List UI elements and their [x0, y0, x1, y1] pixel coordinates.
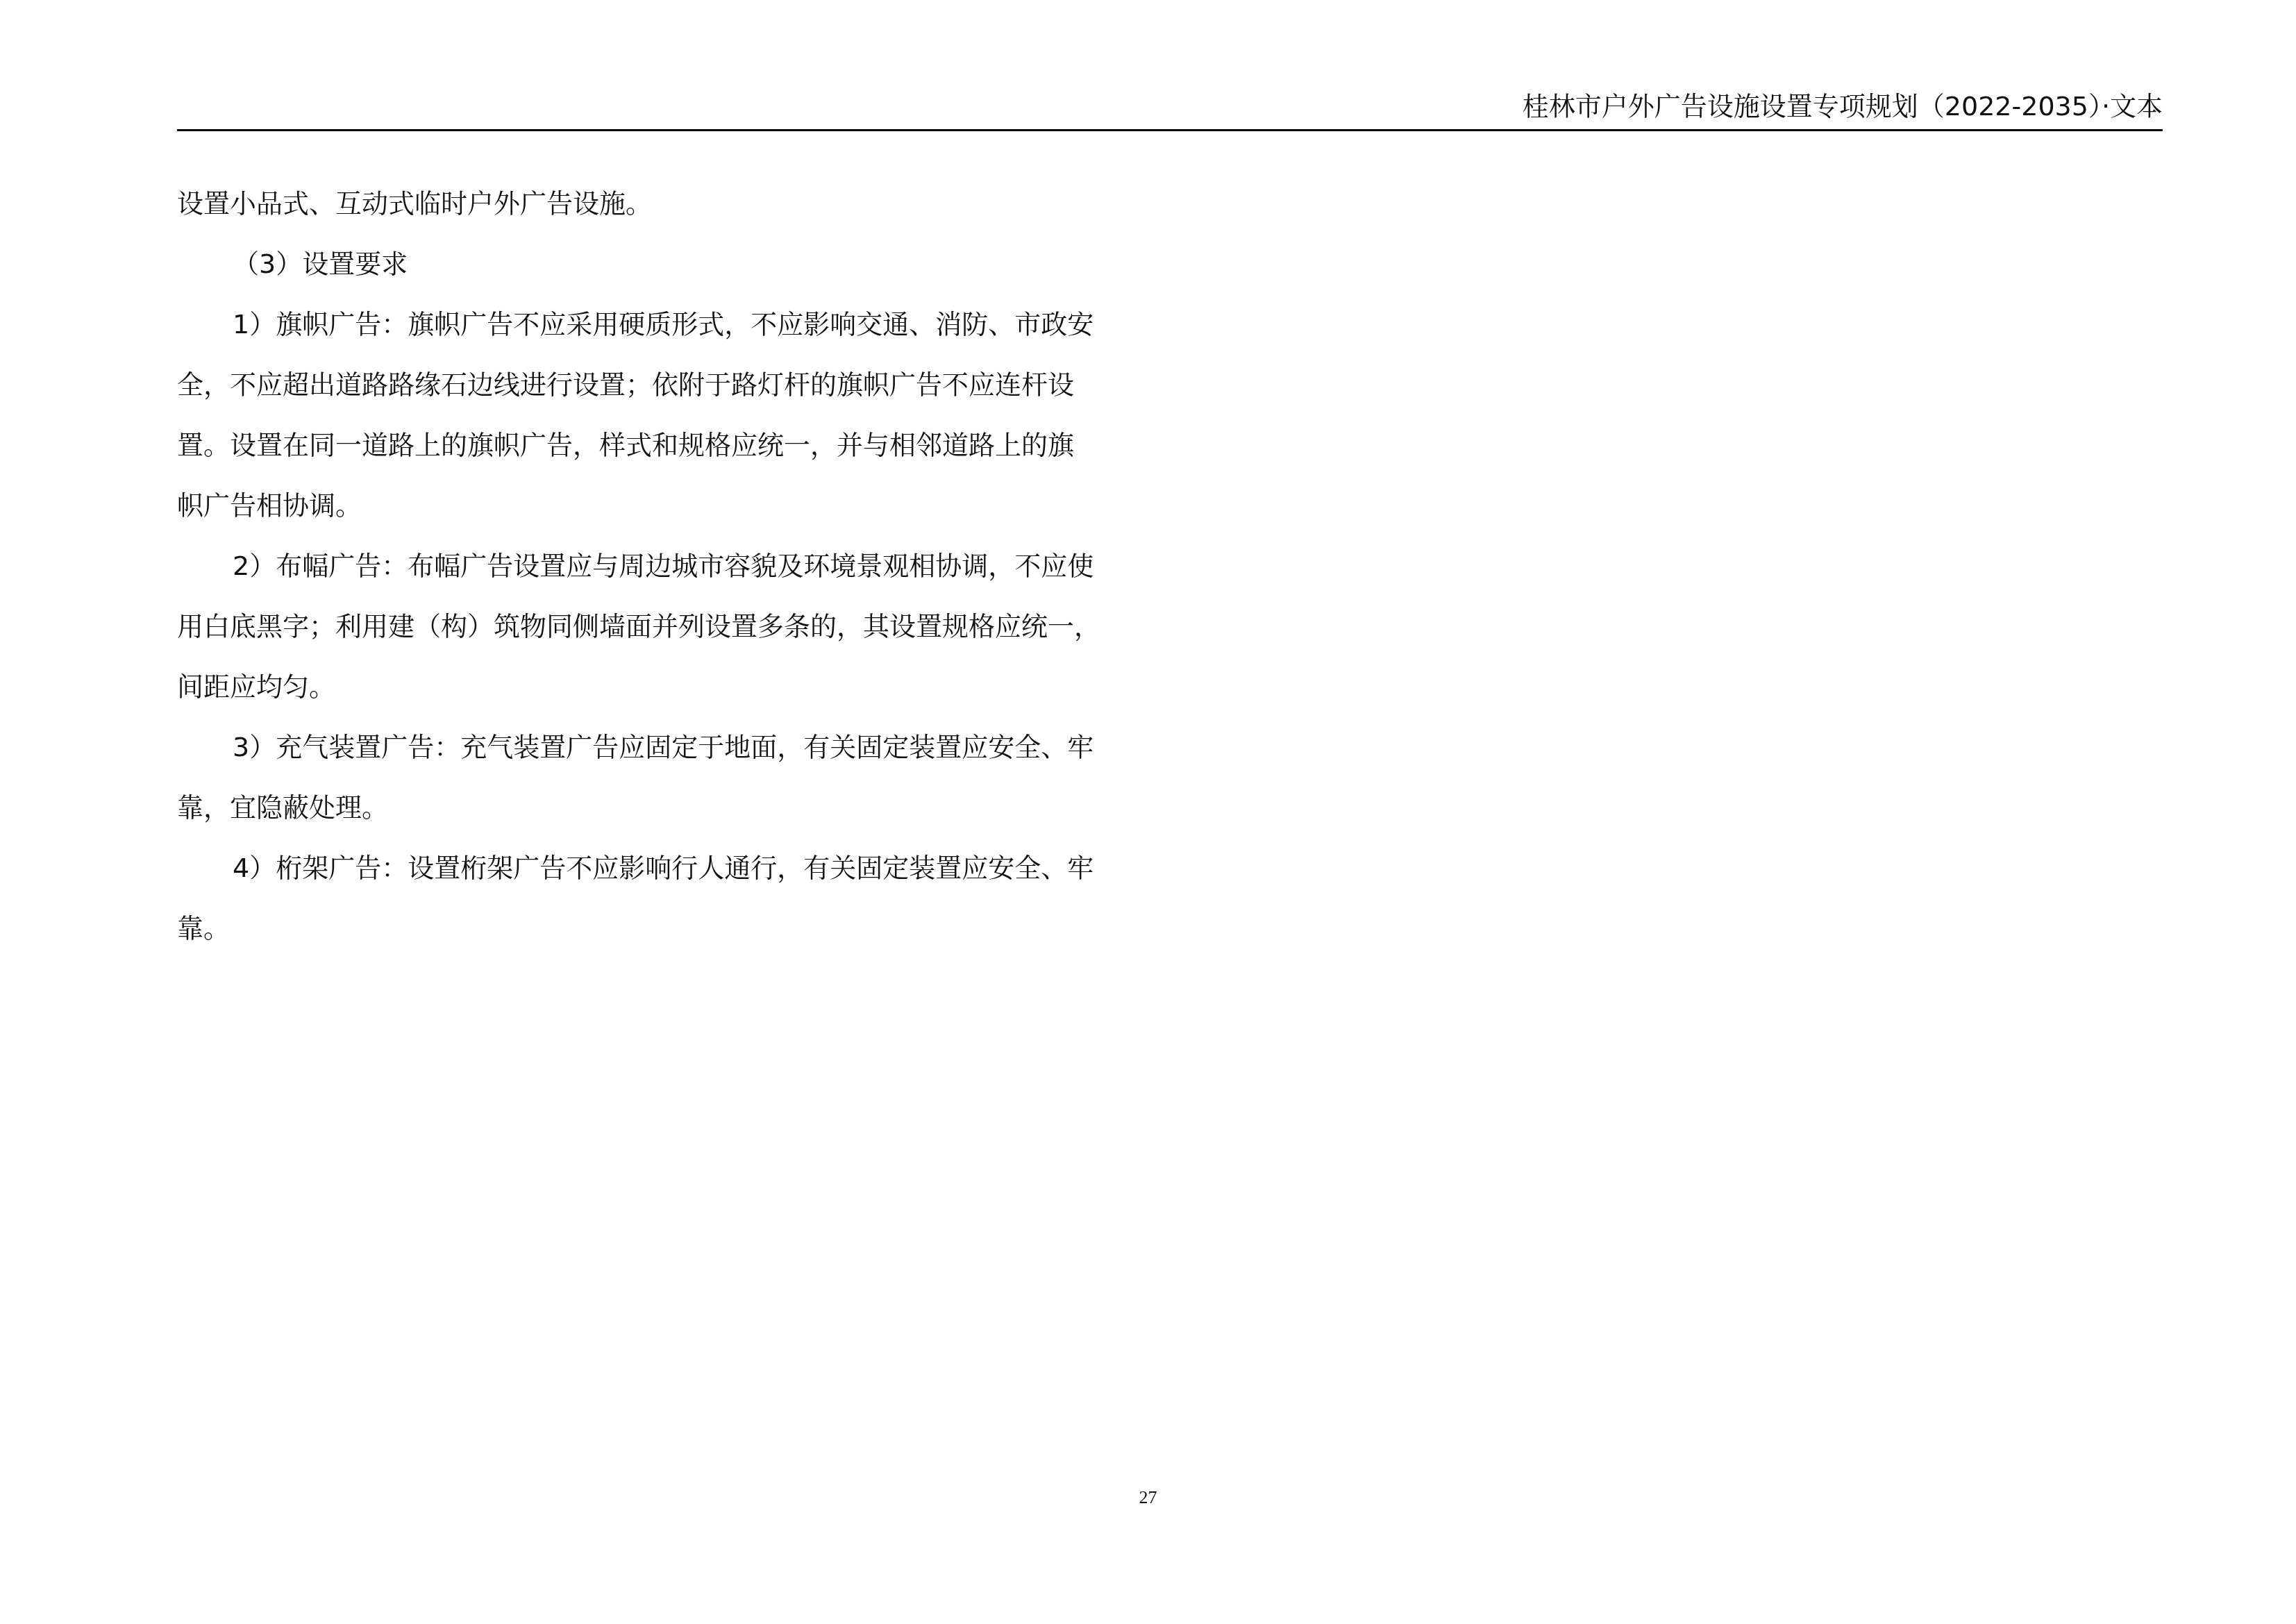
- text-line: 设置小品式、互动式临时户外广告设施。: [177, 174, 1121, 234]
- text-line: 用白底黑字；利用建（构）筑物同侧墙面并列设置多条的，其设置规格应统一，: [177, 596, 1121, 657]
- text-line: 间距应均匀。: [177, 657, 1121, 717]
- text-line: 靠。: [177, 898, 1121, 959]
- text-line: 3）充气装置广告：充气装置广告应固定于地面，有关固定装置应安全、牢: [177, 717, 1121, 778]
- page-number: 27: [0, 1487, 2296, 1508]
- document-title: 桂林市户外广告设施设置专项规划（2022-2035）·文本: [1523, 91, 2163, 122]
- text-line: 2）布幅广告：布幅广告设置应与周边城市容貌及环境景观相协调，不应使: [177, 536, 1121, 596]
- text-line: 置。设置在同一道路上的旗帜广告，样式和规格应统一，并与相邻道路上的旗: [177, 415, 1121, 476]
- text-line: 全，不应超出道路路缘石边线进行设置；依附于路灯杆的旗帜广告不应连杆设: [177, 355, 1121, 415]
- page-header: 桂林市户外广告设施设置专项规划（2022-2035）·文本: [177, 82, 2163, 131]
- body-text: 设置小品式、互动式临时户外广告设施。 （3）设置要求 1）旗帜广告：旗帜广告不应…: [177, 174, 1121, 959]
- text-line: 1）旗帜广告：旗帜广告不应采用硬质形式，不应影响交通、消防、市政安: [177, 294, 1121, 355]
- text-line: 帜广告相协调。: [177, 476, 1121, 536]
- header-divider: [177, 129, 2163, 131]
- text-line: 靠，宜隐蔽处理。: [177, 778, 1121, 838]
- text-line: 4）桁架广告：设置桁架广告不应影响行人通行，有关固定装置应安全、牢: [177, 838, 1121, 898]
- section-heading: （3）设置要求: [177, 234, 1121, 294]
